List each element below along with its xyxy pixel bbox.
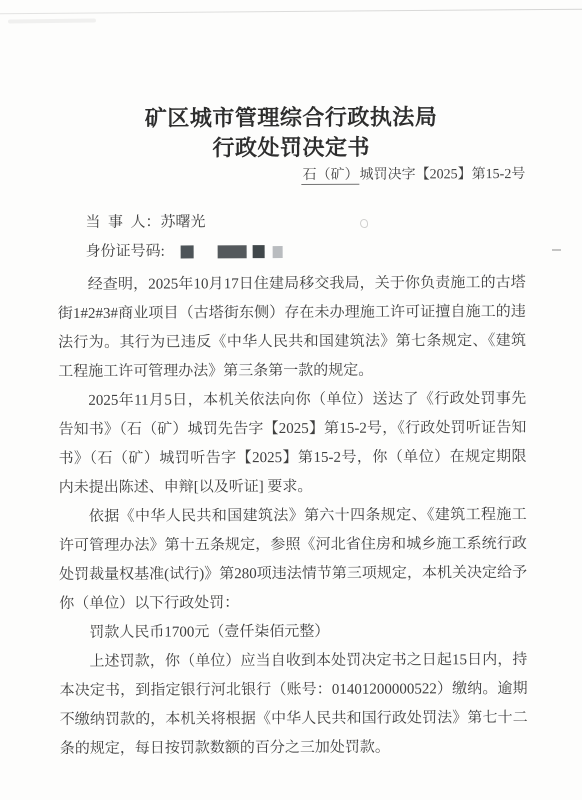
agency-title: 矿区城市管理综合行政执法局: [57, 102, 525, 134]
id-number-label: 身份证号码:: [86, 238, 173, 267]
scanned-document-page: 矿区城市管理综合行政执法局 行政处罚决定书 石（矿）城罚决字【2025】第15-…: [0, 0, 582, 800]
scan-edge-line: [0, 9, 582, 15]
body-paragraph-fine-amount: 罚款人民币1700元（壹仟柒佰元整）: [59, 617, 527, 648]
scan-dash: [552, 249, 561, 251]
document-sheet: 矿区城市管理综合行政执法局 行政处罚决定书 石（矿）城罚决字【2025】第15-…: [57, 102, 528, 764]
body-paragraph-findings: 经查明，2025年10月17日住建局移交我局，关于你负责施工的古塔街1#2#3#…: [58, 269, 527, 387]
scan-smudge: [8, 19, 96, 24]
document-number-rest: 城罚决字【2025】第15-2号: [360, 167, 526, 183]
document-type-title: 行政处罚决定书: [57, 132, 525, 164]
body-paragraph-legal-basis: 依据《中华人民共和国建筑法》第六十四条规定、《建筑工程施工许可管理办法》第十五条…: [59, 501, 528, 619]
body-paragraph-notification: 2025年11月5日，本机关依法向你（单位）送达了《行政处罚事先告知书》（石（矿…: [58, 385, 527, 503]
party-label: 当 事 人：: [85, 215, 160, 231]
document-body: 经查明，2025年10月17日住建局移交我局，关于你负责施工的古塔街1#2#3#…: [58, 269, 528, 764]
redaction-block: [217, 245, 246, 258]
redaction-block: [272, 246, 282, 258]
party-name: 苏曙光: [161, 214, 206, 230]
document-number: 石（矿）城罚决字【2025】第15-2号: [57, 165, 525, 186]
document-number-city-blank: 石（矿）: [302, 168, 360, 185]
party-line: 当 事 人：苏曙光: [57, 207, 525, 238]
redaction-block: [252, 245, 264, 258]
id-number-line: 身份证号码:: [58, 236, 526, 267]
body-paragraph-payment-instructions: 上述罚款，你（单位）应当自收到本处罚决定书之日起15日内，持本决定书，到指定银行…: [59, 646, 528, 764]
redaction-block: [180, 245, 193, 258]
